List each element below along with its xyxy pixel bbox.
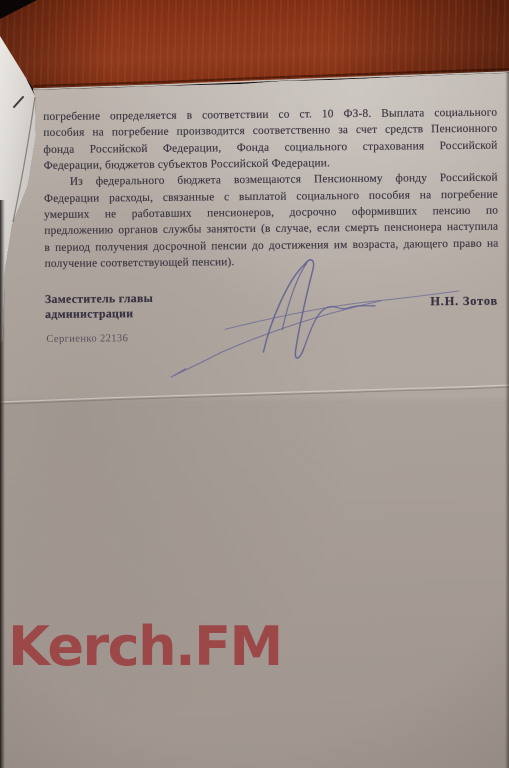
document-body-text: погребение определяется в соответствии с…: [43, 105, 499, 273]
signature-ink: [150, 248, 471, 383]
photo-left-edge-shadow: [0, 200, 5, 768]
photo-right-edge-shadow: [505, 72, 509, 768]
photo-of-document: погребение определяется в соответствии с…: [0, 0, 509, 768]
kerch-fm-watermark: Kerch.FM: [8, 615, 308, 678]
document-page: погребение определяется в соответствии с…: [0, 0, 509, 768]
reference-number: Сергиенко 22136: [46, 333, 128, 345]
